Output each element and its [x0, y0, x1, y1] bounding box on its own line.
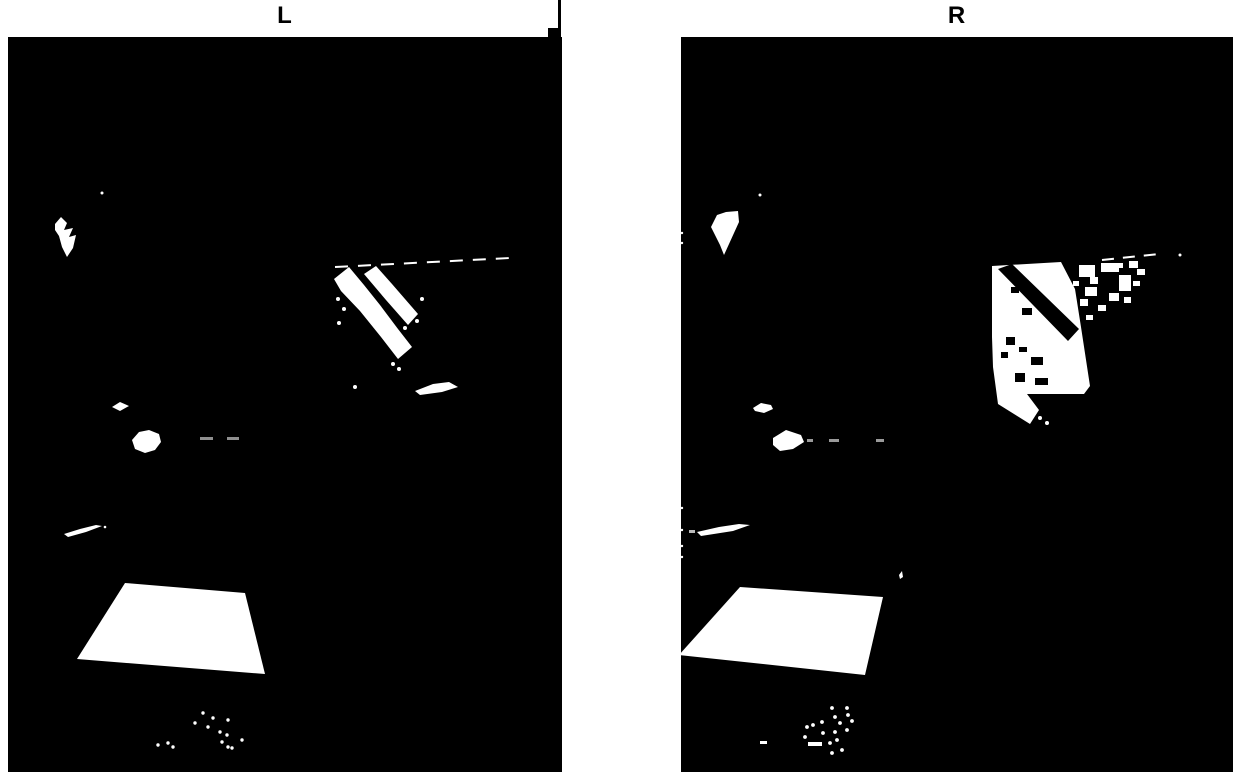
crop-mark-line [558, 0, 561, 30]
left-stereo-image [8, 37, 562, 772]
desk-blob [773, 430, 804, 451]
right-image-label: R [681, 2, 1233, 36]
floor-dashes [760, 741, 822, 746]
chair-speck [104, 526, 107, 529]
desk-diamond [112, 402, 129, 411]
wall-speck [759, 194, 762, 197]
edge-specks-top [681, 232, 683, 244]
desk-dashes [200, 437, 239, 440]
chair-streak [64, 525, 102, 537]
chair-dash [689, 530, 695, 533]
chair-streak [697, 524, 750, 536]
desk-blob [132, 430, 161, 453]
window-top-edge [335, 258, 510, 267]
tabletop [681, 587, 883, 675]
window-sill-blob [415, 382, 458, 395]
floor-dots [803, 706, 854, 755]
desk-dashes [807, 439, 884, 442]
floor-dots [156, 711, 243, 749]
window-texture [1073, 261, 1145, 320]
tabletop [77, 583, 265, 674]
small-check-mark [899, 571, 903, 579]
desk-ellipse [753, 403, 773, 413]
left-image-label: L [8, 2, 562, 36]
wall-highlight-streak [711, 211, 739, 255]
wall-highlight-streak [55, 217, 76, 257]
wall-speck [101, 192, 104, 195]
window-top-edge [1102, 254, 1159, 260]
right-stereo-image [681, 37, 1233, 772]
window-edge-speck [1179, 254, 1182, 257]
crop-mark-foot [548, 28, 561, 37]
edge-specks-left [681, 507, 683, 558]
